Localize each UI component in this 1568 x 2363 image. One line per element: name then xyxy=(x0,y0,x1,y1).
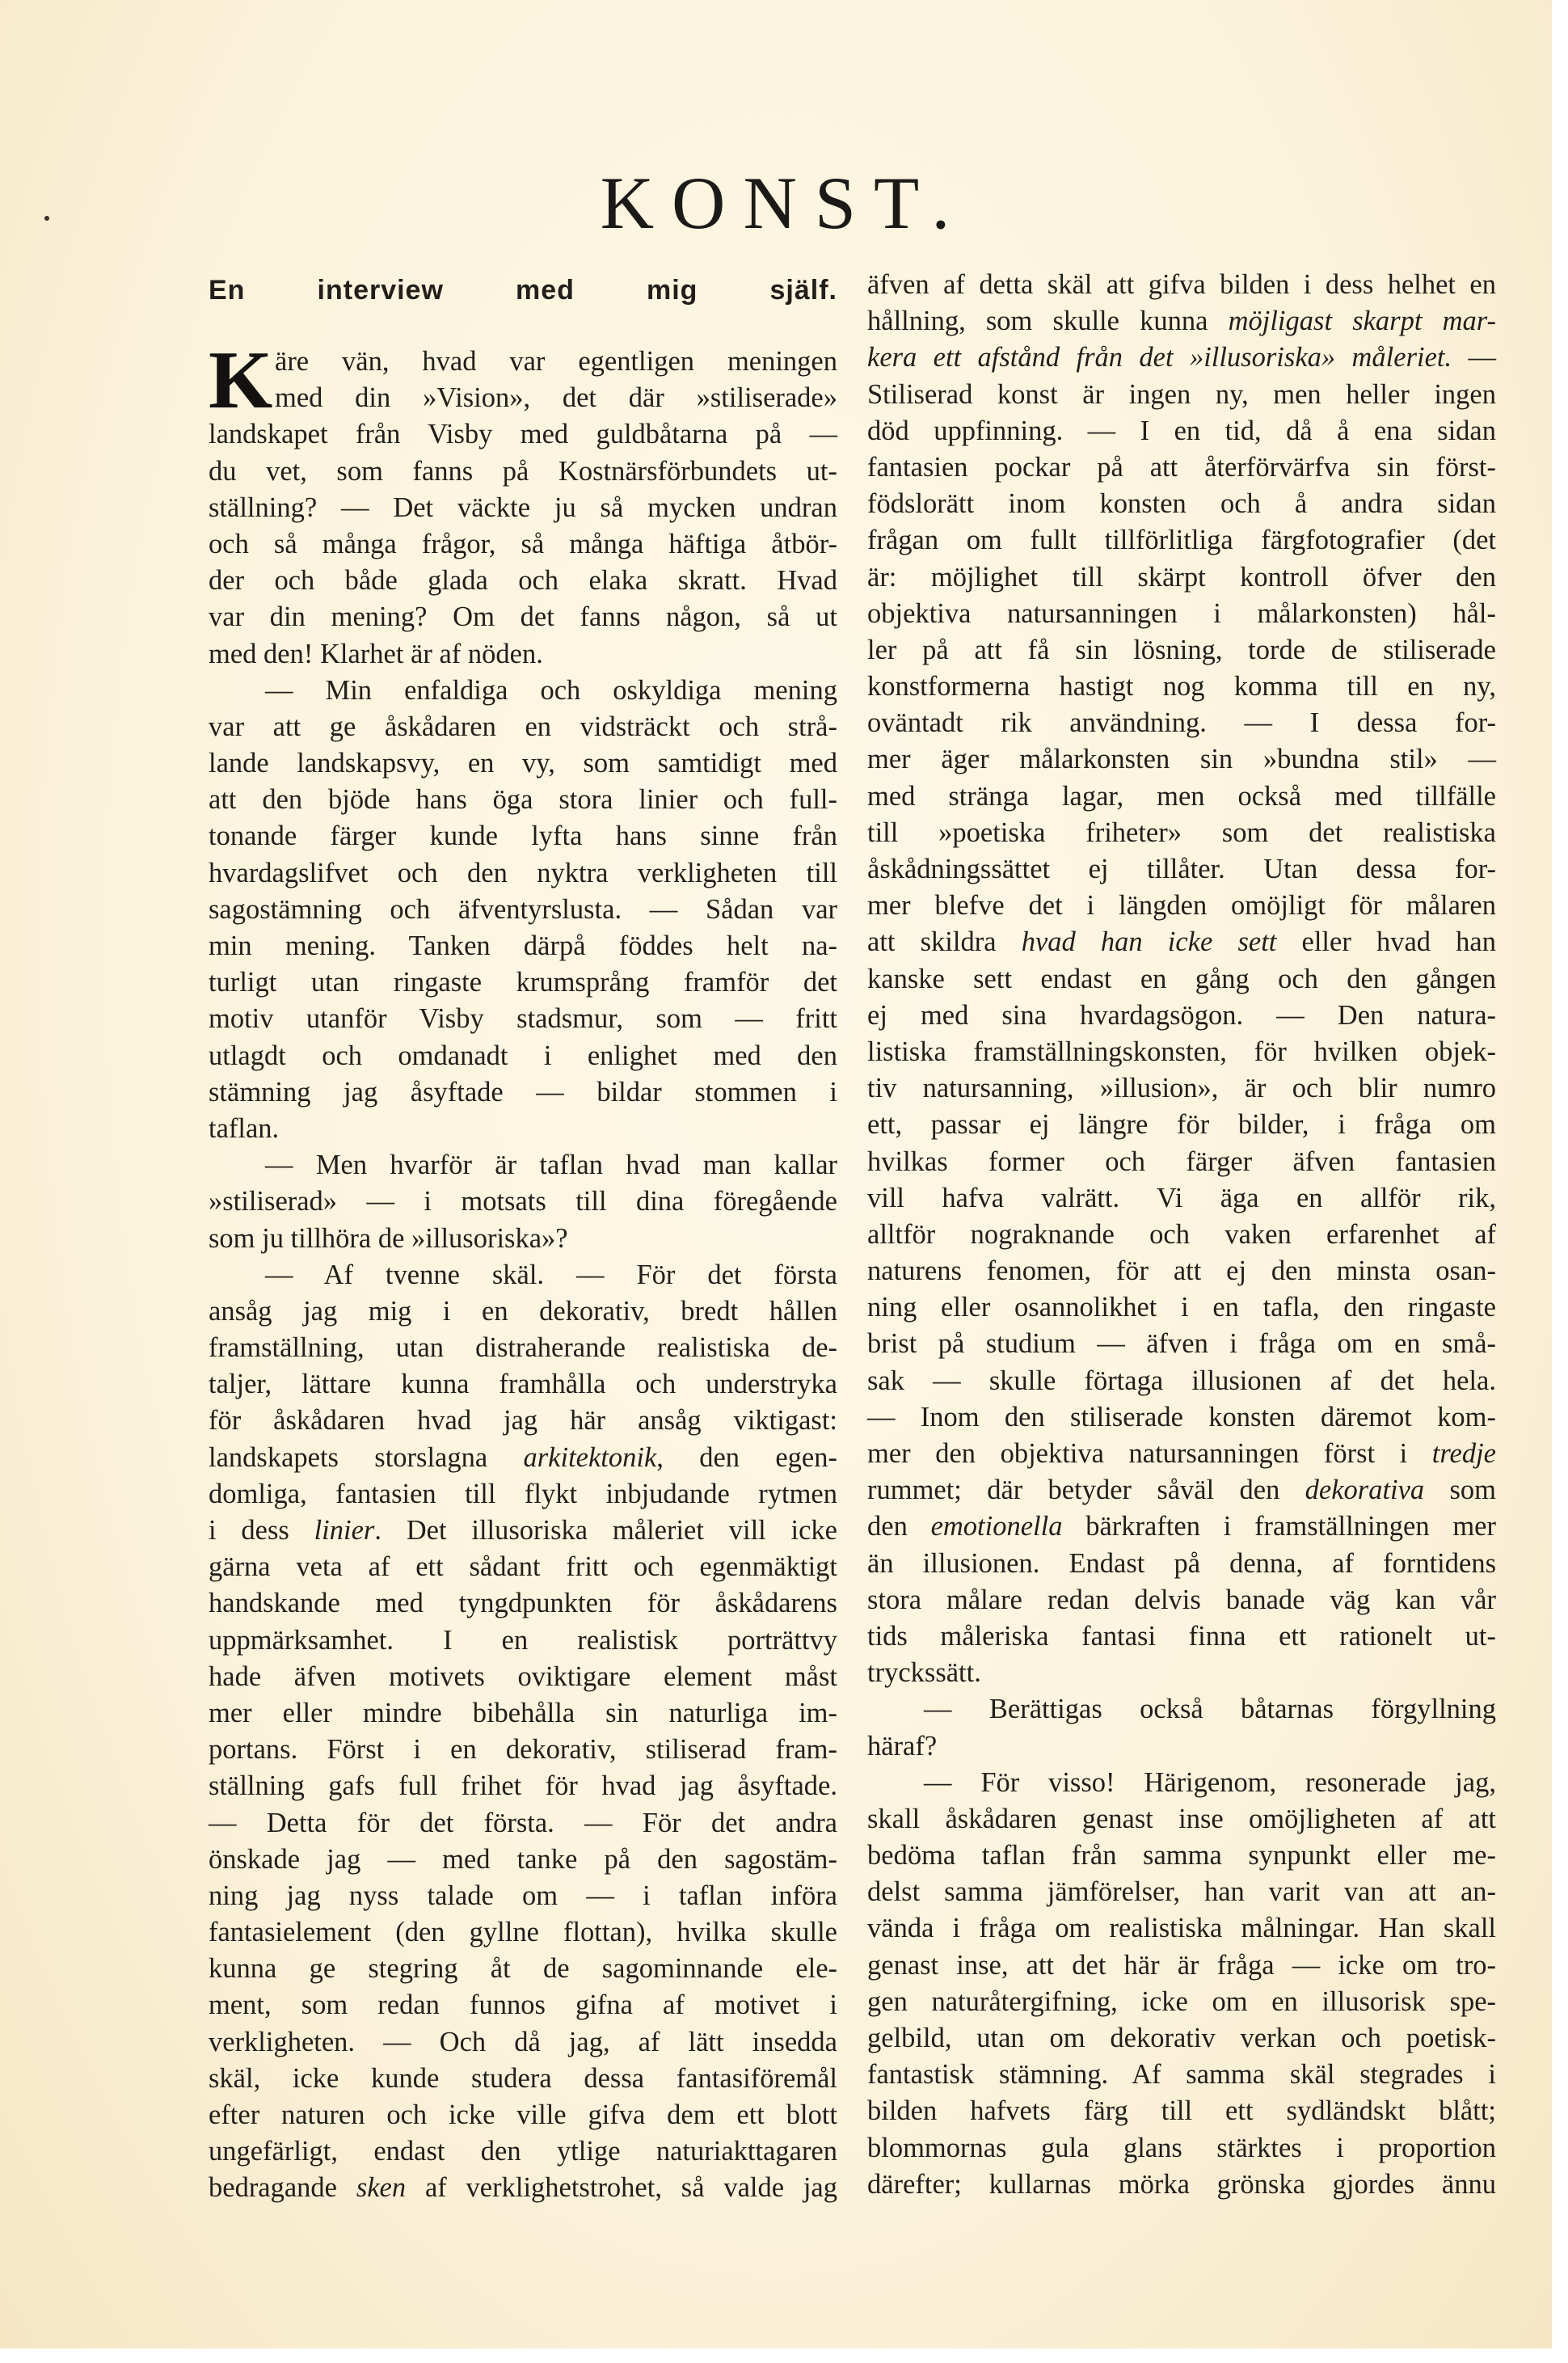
text-line: ställning? — Det väckte ju så mycken und… xyxy=(209,490,837,526)
text-line: mer blefve det i längden omöjligt för må… xyxy=(867,888,1496,924)
text-line: fantastisk stämning. Af samma skäl stegr… xyxy=(867,2057,1496,2093)
text-line: är: möjlighet till skärpt kontroll öfver… xyxy=(867,559,1496,596)
text-line: — Min enfaldiga och oskyldiga mening xyxy=(209,673,837,709)
text-line: — Af tvenne skäl. — För det första xyxy=(209,1257,837,1293)
text-line: uppmärksamhet. I en realistisk porträttv… xyxy=(209,1622,837,1659)
text-line: ansåg jag mig i en dekorativ, bredt håll… xyxy=(209,1293,837,1330)
text-line: verkligheten. — Och då jag, af lätt inse… xyxy=(209,2024,837,2061)
text-line: ej med sina hvardagsögon. — Den natura- xyxy=(867,998,1496,1034)
right-column-lines: äfven af detta skäl att gifva bilden i d… xyxy=(867,267,1496,2203)
text-line: önskade jag — med tanke på den sagostäm- xyxy=(209,1842,837,1878)
text-line: än illusionen. Endast på denna, af fornt… xyxy=(867,1546,1496,1582)
scanned-page: KONST. En interview med mig själf. K äre… xyxy=(0,0,1552,2348)
text-line: födslorätt inom konsten och å andra sida… xyxy=(867,486,1496,522)
text-line: med den! Klarhet är af nöden. xyxy=(209,636,837,673)
text-line: portans. Först i en dekorativ, stilisera… xyxy=(209,1732,837,1768)
drop-cap-letter: K xyxy=(209,345,272,416)
text-line: var din mening? Om det fanns någon, så u… xyxy=(209,599,837,635)
text-line: bilden hafvets färg till ett sydländskt … xyxy=(867,2093,1496,2129)
article-subtitle: En interview med mig själf. xyxy=(209,271,837,310)
text-line: objektiva natursanningen i målarkonsten)… xyxy=(867,596,1496,632)
text-line: ett, passar ej längre för bilder, i fråg… xyxy=(867,1107,1496,1143)
text-line: konstformerna hastigt nog komma till en … xyxy=(867,669,1496,705)
text-line: kera ett afstånd från det »illusoriska» … xyxy=(867,340,1496,376)
text-line: vända i fråga om realistiska målningar. … xyxy=(867,1910,1496,1947)
text-line: lande landskapsvy, en vy, som samtidigt … xyxy=(209,745,837,782)
text-line: naturens fenomen, för att ej den minsta … xyxy=(867,1253,1496,1289)
text-line: mer eller mindre bibehålla sin naturliga… xyxy=(209,1695,837,1732)
text-line: handskande med tyngdpunkten för åskådare… xyxy=(209,1585,837,1622)
text-line: äfven af detta skäl att gifva bilden i d… xyxy=(867,267,1496,303)
text-line: framställning, utan distraherande realis… xyxy=(209,1330,837,1366)
text-line: turligt utan ringaste krumsprång framför… xyxy=(209,964,837,1001)
right-column: äfven af detta skäl att gifva bilden i d… xyxy=(867,267,1496,2203)
text-line: motiv utanför Visby stadsmur, som — frit… xyxy=(209,1001,837,1037)
text-line: skäl, icke kunde studera dessa fantasifö… xyxy=(209,2061,837,2097)
text-line: oväntadt rik användning. — I dessa for- xyxy=(867,705,1496,741)
italic-emphasis: möjligast skarpt mar- xyxy=(1229,306,1496,336)
text-line: — Berättigas också båtarnas förgyllning xyxy=(867,1691,1496,1728)
text-line: rummet; där betyder såväl den dekorativa… xyxy=(867,1472,1496,1509)
text-line: med stränga lagar, men också med tillfäl… xyxy=(867,779,1496,815)
text-line: åskådningssättet ej tillåter. Utan dessa… xyxy=(867,851,1496,888)
text-line: att den bjöde hans öga stora linier och … xyxy=(209,782,837,818)
text-line: tids måleriska fantasi finna ett ratione… xyxy=(867,1618,1496,1655)
italic-emphasis: sken xyxy=(356,2172,406,2203)
text-line: skall åskådaren genast inse omöjligheten… xyxy=(867,1801,1496,1838)
text-line: häraf? xyxy=(867,1728,1496,1765)
text-line: taflan. xyxy=(209,1111,837,1147)
text-line: delst samma jämförelser, han varit van a… xyxy=(867,1874,1496,1910)
text-line: — Inom den stiliserade konsten däremot k… xyxy=(867,1399,1496,1436)
text-line: att skildra hvad han icke sett eller hva… xyxy=(867,924,1496,960)
italic-emphasis: tredje xyxy=(1432,1438,1496,1469)
text-line: gelbild, utan om dekorativ verkan och po… xyxy=(867,2020,1496,2057)
italic-emphasis: hvad han icke sett xyxy=(1022,926,1277,957)
text-line: stora målare redan delvis banade väg kan… xyxy=(867,1582,1496,1618)
text-line: den emotionella bärkraften i framställni… xyxy=(867,1509,1496,1545)
text-line: — Detta för det första. — För det andra xyxy=(209,1805,837,1842)
text-line: ler på att få sin lösning, torde de stil… xyxy=(867,632,1496,669)
text-line: landskapets storslagna arkitektonik, den… xyxy=(209,1440,837,1476)
text-line: landskapet från Visby med guldbåtarna på… xyxy=(209,416,837,453)
text-line: bedöma taflan från samma synpunkt eller … xyxy=(867,1838,1496,1874)
text-line: domliga, fantasien till flykt inbjudande… xyxy=(209,1476,837,1513)
text-line: därefter; kullarnas mörka grönska gjorde… xyxy=(867,2167,1496,2203)
text-line: frågan om fullt tillförlitliga färgfotog… xyxy=(867,522,1496,559)
text-line: kunna ge stegring åt de sagominnande ele… xyxy=(209,1951,837,1987)
text-line: ment, som redan funnos gifna af motivet … xyxy=(209,1987,837,2023)
italic-emphasis: kera ett afstånd från det »illusoriska» … xyxy=(867,342,1452,373)
text-line: »stiliserad» — i motsats till dina föreg… xyxy=(209,1184,837,1220)
text-line: — För visso! Härigenom, resonerade jag, xyxy=(867,1765,1496,1801)
left-column-lines: äre vän, hvad var egentligen meningenmed… xyxy=(209,344,837,2207)
text-line: listiska framställningskonsten, för hvil… xyxy=(867,1034,1496,1070)
text-line: som ju tillhöra de »illusoriska»? xyxy=(209,1221,837,1257)
italic-emphasis: dekorativa xyxy=(1305,1475,1425,1505)
text-line: död uppfinning. — I en tid, då å ena sid… xyxy=(867,413,1496,449)
text-line: vill hafva valrätt. Vi äga en allför rik… xyxy=(867,1180,1496,1217)
italic-emphasis: emotionella xyxy=(931,1511,1063,1542)
text-line: gen naturåtergifning, icke om en illusor… xyxy=(867,1984,1496,2020)
text-line: sagostämning och äfventyrslusta. — Sådan… xyxy=(209,892,837,928)
text-line: Stiliserad konst är ingen ny, men heller… xyxy=(867,377,1496,413)
text-line: hållning, som skulle kunna möjligast ska… xyxy=(867,303,1496,340)
text-line: utlagdt och omdanadt i enlighet med den xyxy=(209,1038,837,1074)
text-line: äre vän, hvad var egentligen meningen xyxy=(209,344,837,380)
text-line: och så många frågor, så många häftiga åt… xyxy=(209,526,837,563)
text-line: ning eller osannolikhet i en tafla, den … xyxy=(867,1289,1496,1326)
text-line: fantasielement (den gyllne flottan), hvi… xyxy=(209,1914,837,1951)
text-line: bedragande sken af verklighetstrohet, så… xyxy=(209,2170,837,2206)
text-line: tiv natursanning, »illusion», är och bli… xyxy=(867,1070,1496,1107)
text-line: sak — skulle förtaga illusionen af det h… xyxy=(867,1363,1496,1399)
text-line: tryckssätt. xyxy=(867,1655,1496,1691)
text-line: stämning jag åsyftade — bildar stommen i xyxy=(209,1074,837,1111)
text-line: ning jag nyss talade om — i taflan inför… xyxy=(209,1878,837,1914)
text-line: min mening. Tanken därpå föddes helt na- xyxy=(209,928,837,964)
text-line: med din »Vision», det där »stiliserade» xyxy=(209,380,837,416)
text-line: genast inse, att det här är fråga — icke… xyxy=(867,1947,1496,1984)
text-line: tonande färger kunde lyfta hans sinne fr… xyxy=(209,818,837,854)
left-column: En interview med mig själf. K äre vän, h… xyxy=(209,271,837,2207)
text-line: för åskådaren hvad jag här ansåg viktiga… xyxy=(209,1403,837,1439)
text-line: mer äger målarkonsten sin »bundna stil» … xyxy=(867,741,1496,778)
text-line: taljer, lättare kunna framhålla och unde… xyxy=(209,1366,837,1403)
text-line: der och både glada och elaka skratt. Hva… xyxy=(209,563,837,599)
text-line: du vet, som fanns på Kostnärsförbundets … xyxy=(209,454,837,490)
text-line: blommornas gula glans stärktes i proport… xyxy=(867,2130,1496,2167)
text-line: mer den objektiva natursanningen först i… xyxy=(867,1436,1496,1472)
text-line: brist på studium — äfven i fråga om en s… xyxy=(867,1326,1496,1362)
text-line: var att ge åskådaren en vidsträckt och s… xyxy=(209,709,837,745)
text-line: hvilkas former och färger äfven fantasie… xyxy=(867,1144,1496,1180)
text-line: i dess linier. Det illusoriska måleriet … xyxy=(209,1513,837,1549)
text-line: efter naturen och icke ville gifva dem e… xyxy=(209,2097,837,2133)
text-line: hade äfven motivets oviktigare element m… xyxy=(209,1659,837,1695)
text-line: alltför nograknande och vaken erfarenhet… xyxy=(867,1217,1496,1253)
italic-emphasis: linier xyxy=(314,1515,375,1546)
text-line: fantasien pockar på att återförvärfva si… xyxy=(867,449,1496,486)
text-line: hvardagslifvet och den nyktra verklighet… xyxy=(209,855,837,892)
italic-emphasis: arkitektonik xyxy=(524,1442,657,1473)
text-line: — Men hvarför är taflan hvad man kallar xyxy=(209,1147,837,1184)
page-title: KONST. xyxy=(0,166,1568,240)
text-line: kanske sett endast en gång och den gånge… xyxy=(867,961,1496,998)
text-line: ställning gafs full frihet för hvad jag … xyxy=(209,1768,837,1804)
text-line: gärna veta af ett sådant fritt och egenm… xyxy=(209,1549,837,1585)
text-line: till »poetiska friheter» som det realist… xyxy=(867,815,1496,851)
opening-paragraph: K äre vän, hvad var egentligen meningenm… xyxy=(209,344,837,2207)
text-line: ungefärligt, endast den ytlige naturiakt… xyxy=(209,2133,837,2170)
